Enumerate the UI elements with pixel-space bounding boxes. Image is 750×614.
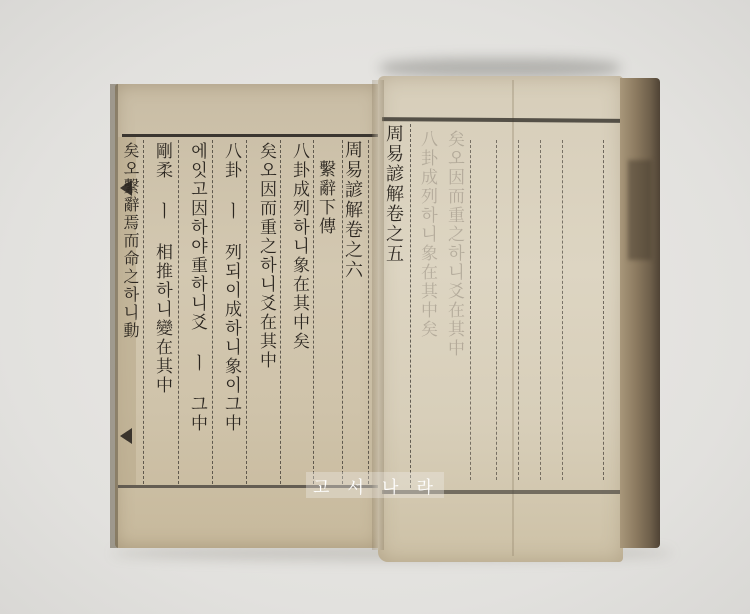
column-rule — [280, 140, 281, 484]
book-spine — [620, 78, 660, 548]
column-rule — [603, 140, 604, 480]
text-column: 矣오繫辭焉而命之하니動 — [122, 142, 138, 340]
column-rule — [178, 140, 179, 484]
column-rule — [518, 140, 519, 480]
column-rule — [368, 140, 369, 484]
text-column: 八卦成列하니象在其中矣 — [290, 142, 307, 351]
left-frame-top — [122, 134, 378, 137]
show-through-text: 八卦成列하니象在其中矣 — [418, 130, 435, 339]
column-rule — [212, 140, 213, 484]
text-column: 矣오因而重之하니爻在其中 — [257, 142, 274, 370]
spine-label — [628, 160, 652, 260]
text-column: 八卦 ㅣ 列되이成하니象이그中 — [222, 142, 239, 433]
column-rule — [410, 124, 411, 488]
text-column: 剛柔 ㅣ 相推하니變在其中 — [153, 142, 170, 395]
column-rule — [540, 140, 541, 480]
fishtail-marker-icon — [120, 428, 132, 444]
column-rule — [470, 140, 471, 480]
right-page-fold — [512, 80, 514, 556]
watermark: 고 서 나 라 — [306, 472, 444, 498]
right-title-column: 周易諺解卷之五 — [384, 124, 402, 264]
left-page-edge — [110, 84, 118, 548]
watermark-char: 고 — [313, 473, 333, 498]
text-column: 에잇고因하야重하니爻 ㅣ 그中 — [188, 142, 205, 433]
book-shadow-top — [380, 58, 620, 78]
column-rule — [496, 140, 497, 480]
left-title-column: 周易諺解卷之六 — [343, 140, 361, 280]
column-rule — [313, 140, 314, 484]
column-rule — [246, 140, 247, 484]
show-through-text: 矣오因而重之하니爻在其中 — [445, 130, 462, 358]
watermark-char: 나 — [382, 473, 402, 498]
watermark-char: 서 — [348, 473, 368, 498]
column-rule — [143, 140, 144, 484]
watermark-char: 라 — [417, 473, 437, 498]
column-rule — [562, 140, 563, 480]
text-column: 繫辭下傳 — [316, 160, 333, 236]
